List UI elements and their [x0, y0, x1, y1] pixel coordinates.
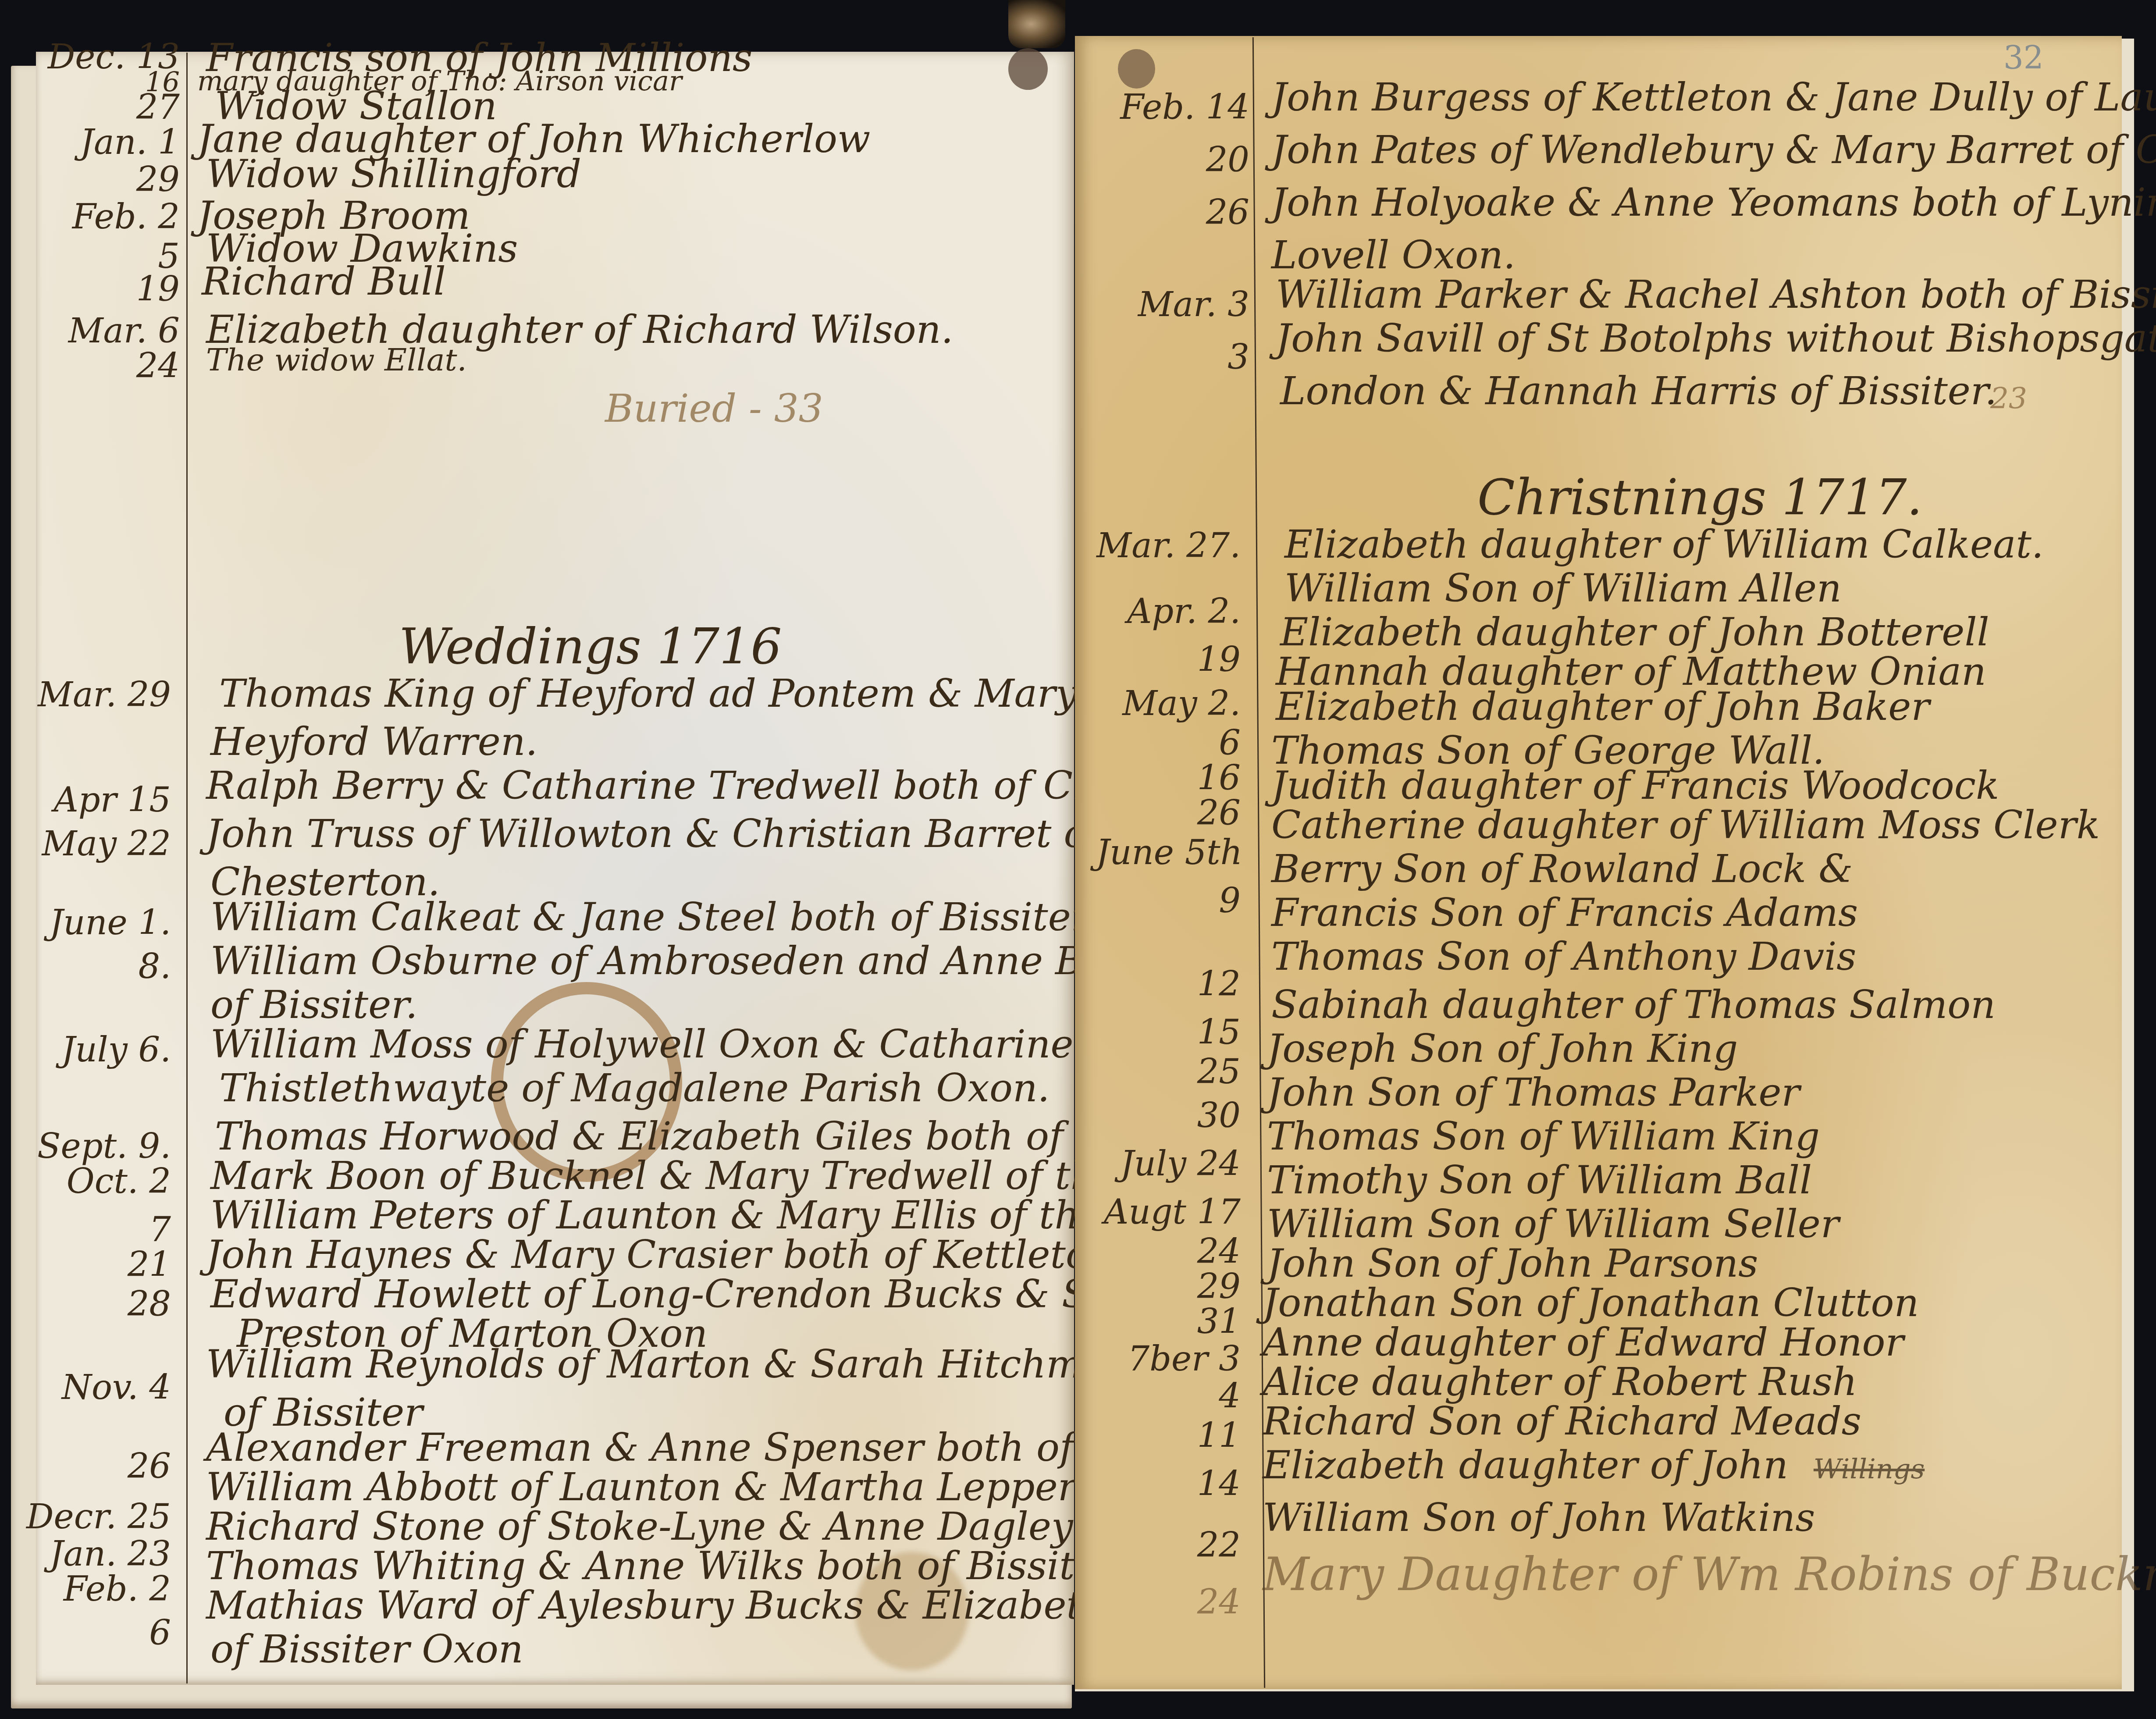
- entry-date: May 2.: [1096, 684, 1241, 723]
- entry-date: 7ber 3: [1096, 1339, 1241, 1379]
- entry-date: Jan. 1: [35, 123, 180, 162]
- wedding-entry-line: Thomas Whiting & Anne Wilks both of Biss…: [206, 1543, 1116, 1588]
- christning-entry: Elizabeth daughter of William Calkeat.: [1284, 522, 2044, 567]
- christning-entry: Francis Son of Francis Adams: [1271, 890, 1858, 935]
- entry-date: 8.: [26, 947, 171, 986]
- christning-entry: Berry Son of Rowland Lock &: [1271, 846, 1853, 891]
- wedding-entry-line: William Reynolds of Marton & Sarah Hitch…: [206, 1342, 1131, 1387]
- entry-date: Oct. 2: [26, 1162, 171, 1201]
- entry-date: Mar. 3: [1105, 285, 1249, 324]
- entry-date: 15: [1096, 1013, 1241, 1052]
- wedding-entry-line: John Haynes & Mary Crasier both of Kettl…: [206, 1232, 1126, 1277]
- wedding-entry-line: John Holyoake & Anne Yeomans both of Lyn…: [1271, 180, 2156, 225]
- wedding-entry-line: John Pates of Wendlebury & Mary Barret o…: [1271, 127, 2156, 172]
- entry-date: 21: [26, 1245, 171, 1285]
- left-page-date-column-rule: [186, 53, 188, 1683]
- entry-date: 19: [35, 270, 180, 309]
- wedding-entry-line: of Bissiter Oxon: [210, 1626, 523, 1672]
- ink-blot: [1008, 48, 1048, 90]
- burial-entry: The widow Ellat.: [206, 342, 467, 378]
- entry-date: 22: [1096, 1526, 1241, 1565]
- entry-date: 3: [1105, 338, 1249, 377]
- entry-date: 24: [35, 346, 180, 386]
- wedding-entry-line: William Calkeat & Jane Steel both of Bis…: [210, 894, 1097, 940]
- wedding-entry-line: William Parker & Rachel Ashton both of B…: [1276, 272, 2156, 317]
- entry-date: Decr. 25: [26, 1497, 171, 1537]
- entry-date: 25: [1096, 1052, 1241, 1092]
- christning-entry: Thomas Son of Anthony Davis: [1271, 934, 1856, 979]
- entry-date: 16: [1096, 758, 1241, 798]
- entry-date: Feb. 14: [1105, 88, 1249, 127]
- entry-date: 20: [1105, 140, 1249, 180]
- christning-entry-text: Elizabeth daughter of John: [1263, 1442, 1788, 1488]
- burial-entry: Widow Shillingford: [206, 151, 581, 196]
- christning-entry: Alice daughter of Robert Rush: [1263, 1359, 1857, 1404]
- entry-date: 19: [1096, 640, 1241, 680]
- christning-entry: William Son of John Watkins: [1263, 1495, 1815, 1540]
- christning-entry: Thomas Son of William King: [1267, 1114, 1820, 1159]
- entry-date: 29: [1096, 1267, 1241, 1306]
- wedding-entry-line: Lovell Oxon.: [1271, 232, 1516, 278]
- christning-entry: Anne daughter of Edward Honor: [1263, 1320, 1904, 1365]
- ink-blot: [1118, 49, 1155, 89]
- wedding-entry-line: John Burgess of Kettleton & Jane Dully o…: [1271, 75, 2156, 120]
- entry-date: June 5th: [1096, 833, 1241, 872]
- entry-date: 7: [26, 1210, 171, 1249]
- christning-entry: John Son of Thomas Parker: [1267, 1070, 1800, 1115]
- christning-entry: William Son of William Seller: [1267, 1201, 1839, 1246]
- book-spine-binding: [1008, 0, 1065, 48]
- entry-date: Nov. 4: [26, 1368, 171, 1407]
- entry-date: Mar. 29: [26, 675, 171, 715]
- christnings-1717-heading: Christnings 1717.: [1477, 469, 1922, 526]
- entry-date: 6: [26, 1613, 171, 1653]
- christning-entry: Elizabeth daughter of John Baker: [1276, 684, 1929, 729]
- entry-date: 24: [1096, 1232, 1241, 1271]
- entry-date: 6: [1096, 723, 1241, 763]
- wedding-entry-line: John Truss of Willowton & Christian Barr…: [206, 811, 1101, 856]
- wedding-entry-line: William Moss of Holywell Oxon & Catharin…: [210, 1021, 1073, 1067]
- wedding-entry-line: London & Hannah Harris of Bissiter.: [1280, 368, 1997, 413]
- entry-date: Sept. 9.: [26, 1127, 171, 1166]
- entry-date: Feb. 2: [35, 197, 180, 237]
- entry-date: 31: [1096, 1302, 1241, 1342]
- entry-date: 12: [1096, 964, 1241, 1004]
- weddings-1716-heading: Weddings 1716: [399, 618, 782, 675]
- wedding-entry-line: John Savill of St Botolphs without Bisho…: [1276, 316, 2156, 361]
- wedding-entry-line: of Bissiter.: [210, 982, 418, 1027]
- entry-date: 26: [1105, 193, 1249, 232]
- entry-date: 27: [35, 88, 180, 127]
- christning-entry: Elizabeth daughter of John Willings: [1263, 1442, 1925, 1488]
- entry-date: June 1.: [26, 903, 171, 943]
- christning-entry: Catherine daughter of William Moss Clerk: [1271, 802, 2100, 847]
- folio-number: 32: [2003, 39, 2044, 76]
- entry-date: 30: [1096, 1096, 1241, 1135]
- struck-through-surname: Willings: [1814, 1453, 1925, 1485]
- entry-date: May 22: [26, 824, 171, 864]
- entry-date: July 6.: [26, 1030, 171, 1070]
- christning-entry: Timothy Son of William Ball: [1267, 1157, 1812, 1203]
- entry-date: 9: [1096, 881, 1241, 921]
- christning-entry: Judith daughter of Francis Woodcock: [1271, 763, 1999, 808]
- entry-date: Apr 15: [26, 780, 171, 820]
- christning-entry: Joseph Son of John King: [1267, 1026, 1738, 1071]
- wedding-entry-line: Thistlethwayte of Magdalene Parish Oxon.: [219, 1065, 1050, 1110]
- entry-date: Mar. 27.: [1096, 526, 1241, 566]
- christning-entry: Elizabeth daughter of John Botterell: [1280, 609, 1989, 655]
- entry-date: Feb. 2: [26, 1570, 171, 1609]
- entry-date: 29: [35, 160, 180, 199]
- christning-entry: John Son of John Parsons: [1267, 1241, 1758, 1286]
- entry-date: Mar. 6: [35, 311, 180, 351]
- entry-date: Augt 17: [1096, 1192, 1241, 1232]
- wedding-entry-line: William Osburne of Ambroseden and Anne B…: [210, 938, 1133, 983]
- burial-entry: Richard Bull: [202, 259, 446, 304]
- christning-entry: Sabinah daughter of Thomas Salmon: [1271, 982, 1996, 1027]
- entry-date: Jan. 23: [26, 1534, 171, 1574]
- entry-date: 24: [1096, 1583, 1241, 1622]
- entry-date: Apr. 2.: [1096, 592, 1241, 631]
- entry-date: July 24: [1096, 1144, 1241, 1184]
- entry-date: 28: [26, 1285, 171, 1324]
- christning-entry: Jonathan Son of Jonathan Clutton: [1263, 1280, 1919, 1325]
- entry-date: 26: [26, 1447, 171, 1486]
- entry-date: 14: [1096, 1464, 1241, 1504]
- christning-entry: Mary Daughter of Wm Robins of Bucknell: [1263, 1548, 2156, 1601]
- entry-date: 26: [1096, 794, 1241, 833]
- wedding-entry-line: Heyford Warren.: [210, 719, 538, 764]
- entry-date: 11: [1096, 1416, 1241, 1456]
- christning-entry: William Son of William Allen: [1284, 566, 1842, 611]
- burials-total-note: Buried - 33: [605, 386, 823, 431]
- entry-date: 4: [1096, 1377, 1241, 1416]
- christning-entry: Richard Son of Richard Meads: [1263, 1399, 1861, 1444]
- weddings-total-note: 23: [1990, 381, 2027, 415]
